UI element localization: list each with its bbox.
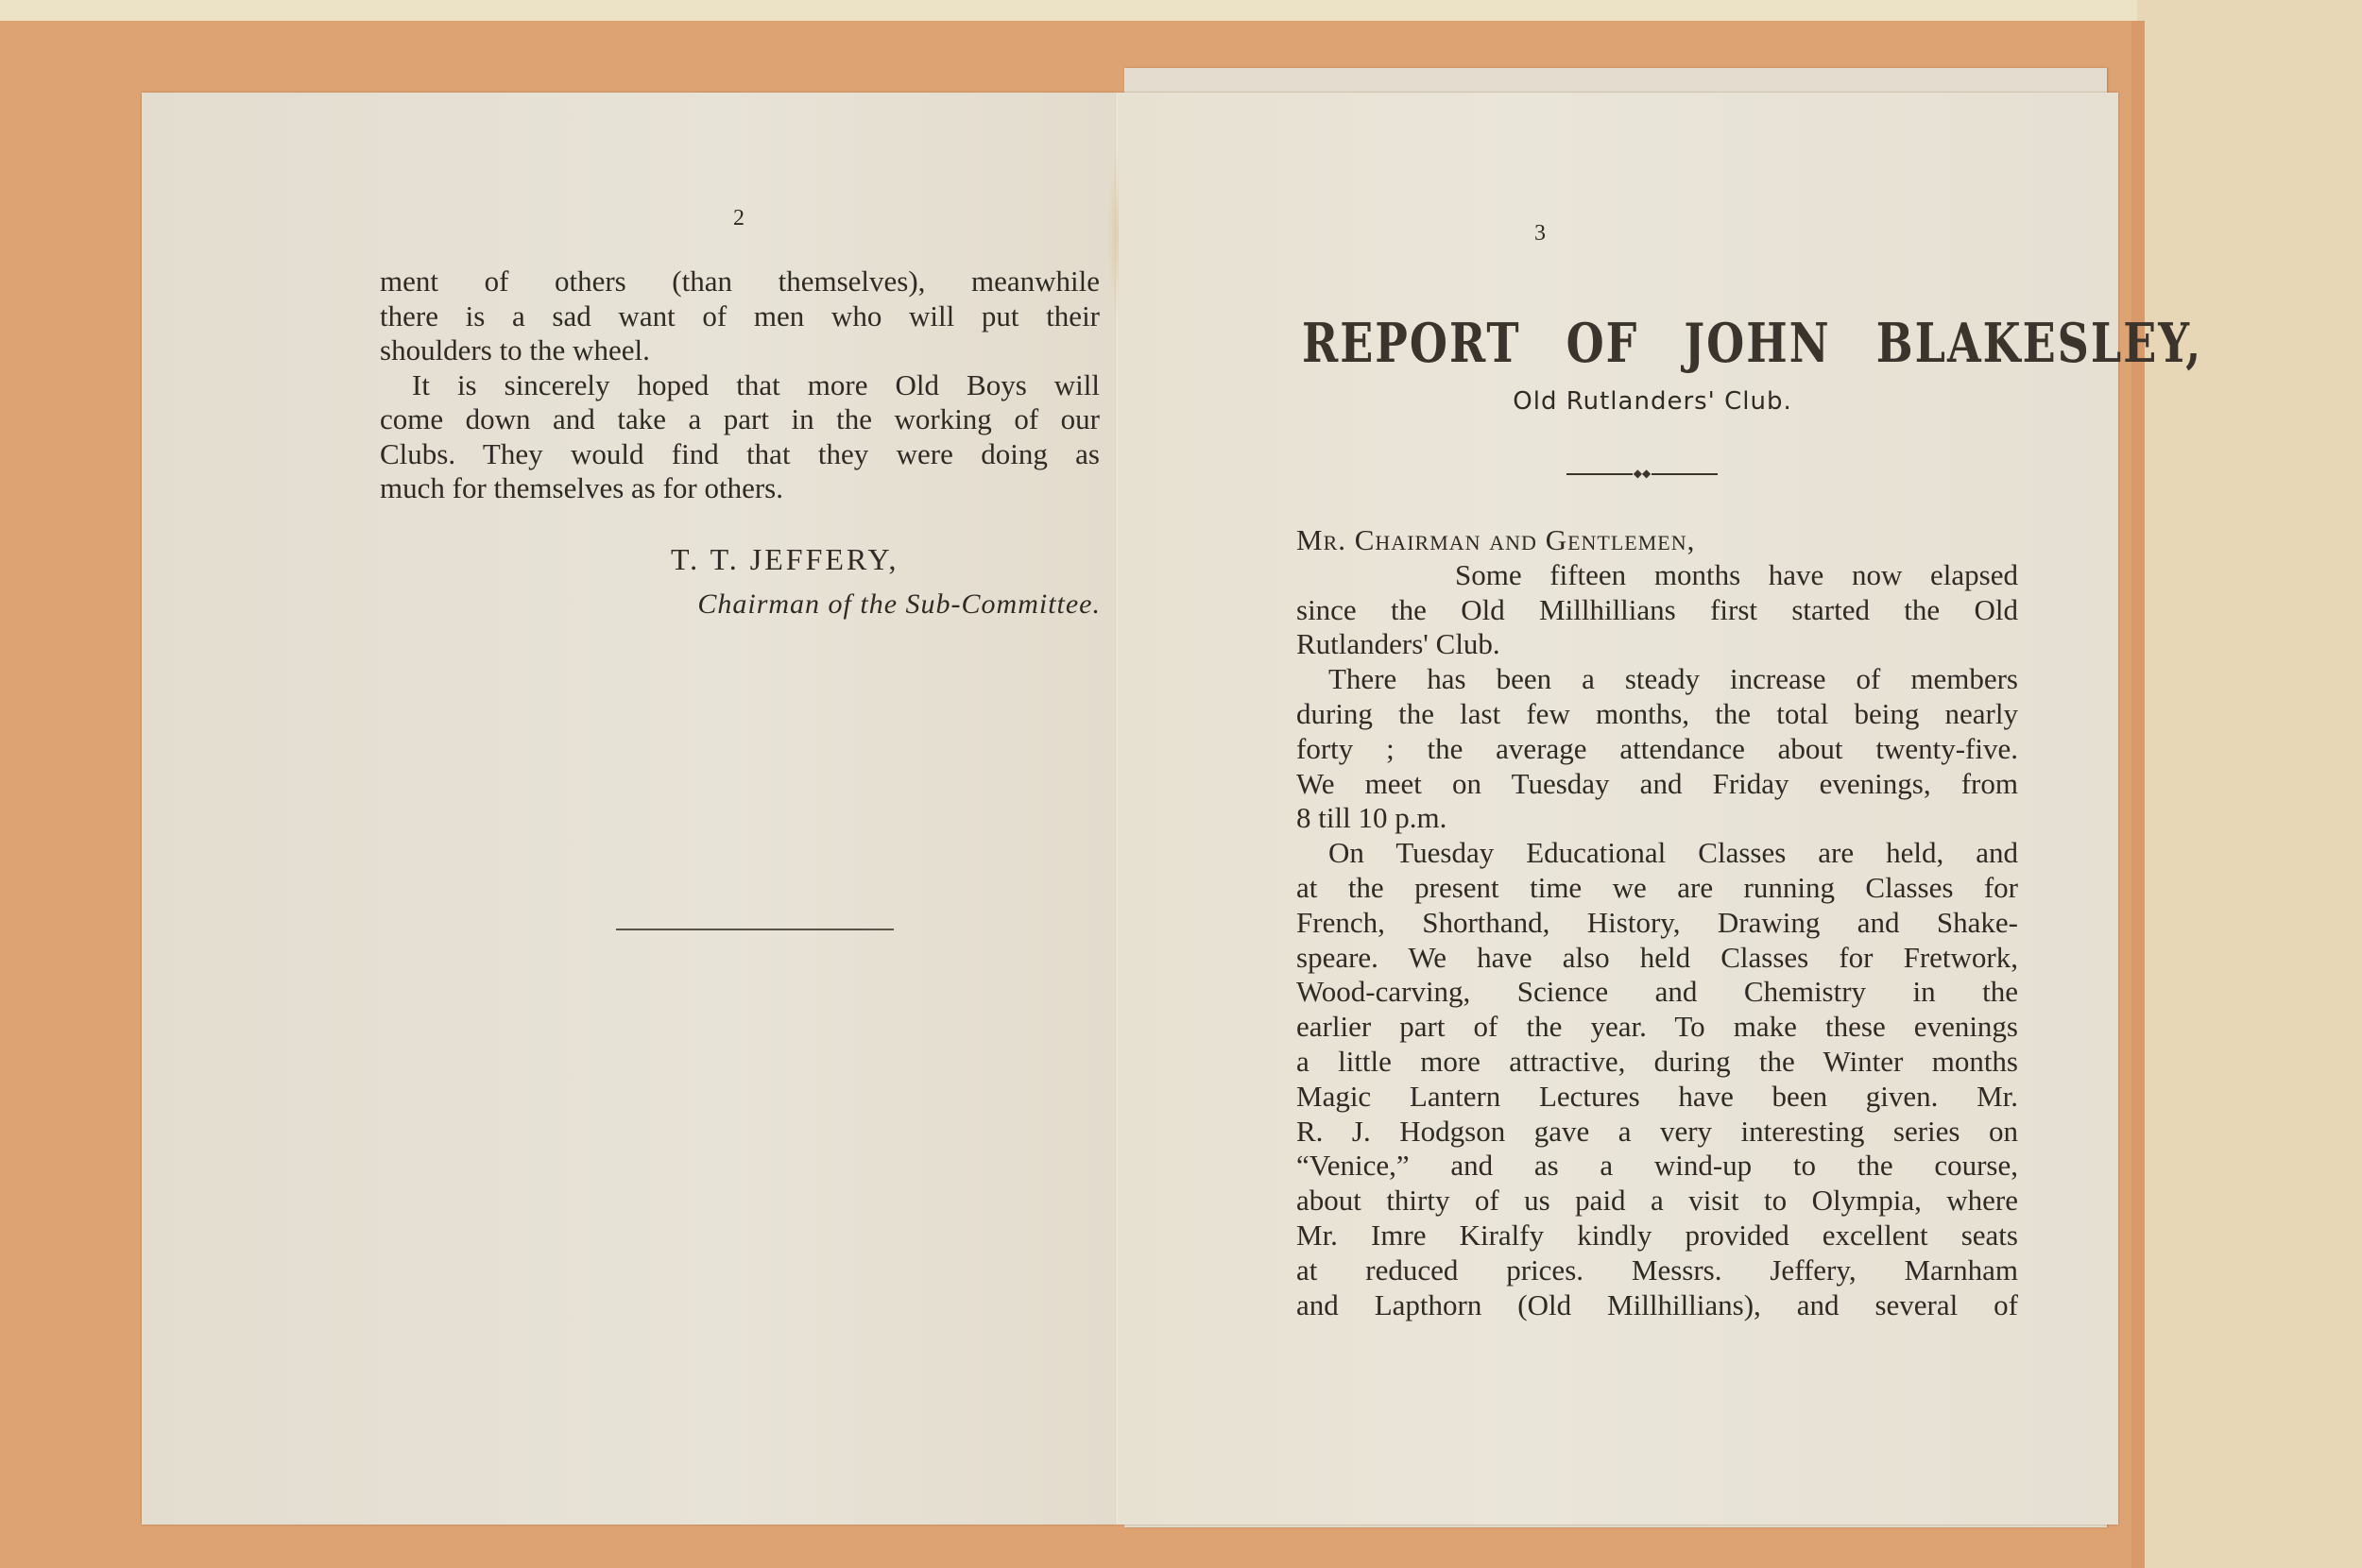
ornament-bar [1566, 473, 1633, 475]
text-line: a little more attractive, during the Win… [1296, 1045, 2018, 1080]
page-2-body: ment of others (than themselves), meanwh… [380, 264, 1100, 506]
paragraph: ment of others (than themselves), meanwh… [380, 264, 1100, 368]
signature-name: T. T. JEFFERY, [671, 542, 899, 577]
page-number: 3 [1534, 221, 1546, 247]
text-line: and Lapthorn (Old Millhillians), and sev… [1296, 1288, 2018, 1323]
text-line: Magic Lantern Lectures have been given. … [1296, 1080, 2018, 1115]
text-line: about thirty of us paid a visit to Olymp… [1296, 1184, 2018, 1219]
text-line: On Tuesday Educational Classes are held,… [1296, 836, 2018, 871]
text-line: “Venice,” and as a wind-up to the course… [1296, 1149, 2018, 1184]
text-line: during the last few months, the total be… [1296, 697, 2018, 732]
page-2: 2 ment of others (than themselves), mean… [142, 93, 1117, 1525]
text-line: shoulders to the wheel. [380, 333, 1100, 368]
page-number: 2 [733, 206, 745, 231]
text-line: forty ; the average attendance about twe… [1296, 732, 2018, 767]
text-line: R. J. Hodgson gave a very interesting se… [1296, 1115, 2018, 1150]
background-top-strip [0, 0, 2362, 23]
text-line: there is a sad want of men who will put … [380, 299, 1100, 334]
text-line: much for themselves as for others. [380, 471, 1100, 506]
text-line: We meet on Tuesday and Friday evenings, … [1296, 767, 2018, 802]
text-line: There has been a steady increase of memb… [1296, 662, 2018, 697]
page-3: 3 REPORT OF JOHN BLAKESLEY, Old Rutlande… [1119, 93, 2118, 1525]
text-line: at reduced prices. Messrs. Jeffery, Marn… [1296, 1253, 2018, 1288]
text-line: come down and take a part in the working… [380, 402, 1100, 437]
text-line: speare. We have also held Classes for Fr… [1296, 941, 2018, 976]
section-divider-rule [616, 929, 894, 930]
ornament-divider: ◆◆ [1566, 469, 1718, 480]
text-line: Mr. Imre Kiralfy kindly provided excelle… [1296, 1219, 2018, 1253]
text-line: since the Old Millhillians first started… [1296, 593, 2018, 628]
text-line: Rutlanders' Club. [1296, 627, 2018, 662]
text-line: Some fifteen months have now elapsed [1296, 558, 2018, 593]
signature-title: Chairman of the Sub-Committee. [633, 588, 1101, 621]
open-booklet: 2 ment of others (than themselves), mean… [142, 93, 2118, 1525]
text-line: Clubs. They would find that they were do… [380, 437, 1100, 472]
mounting-board-edge [2131, 21, 2145, 1568]
text-line: French, Shorthand, History, Drawing and … [1296, 906, 2018, 941]
text-line: Wood-carving, Science and Chemistry in t… [1296, 975, 2018, 1010]
salutation: Mr. Chairman and Gentlemen, [1296, 523, 2018, 558]
club-subtitle: Old Rutlanders' Club. [1374, 387, 1931, 416]
text-line: at the present time we are running Class… [1296, 871, 2018, 906]
background-right-strip [2137, 0, 2362, 1568]
page-3-body: Mr. Chairman and Gentlemen, Some fifteen… [1296, 523, 2018, 1322]
report-title: REPORT OF JOHN BLAKESLEY, [1302, 311, 2001, 375]
ornament-bar [1652, 473, 1718, 475]
paragraph: It is sincerely hoped that more Old Boys… [380, 368, 1100, 506]
text-line: earlier part of the year. To make these … [1296, 1010, 2018, 1045]
text-line: ment of others (than themselves), meanwh… [380, 264, 1100, 299]
text-line: It is sincerely hoped that more Old Boys… [380, 368, 1100, 403]
text-line: 8 till 10 p.m. [1296, 801, 2018, 836]
diamond-ornament-icon: ◆◆ [1633, 465, 1652, 482]
